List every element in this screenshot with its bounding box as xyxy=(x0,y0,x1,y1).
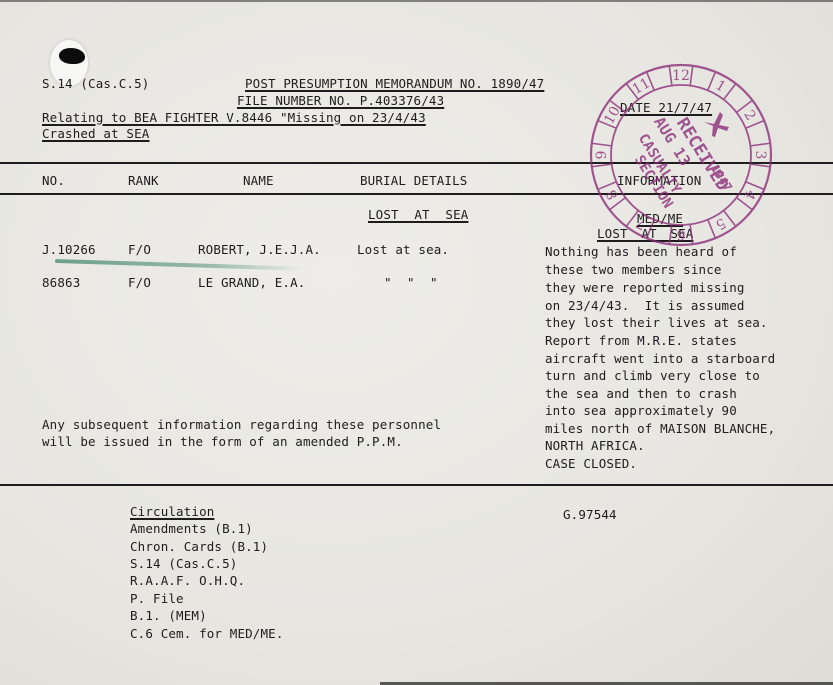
rule-header-bottom xyxy=(0,193,833,195)
cell-burial: Lost at sea. xyxy=(357,242,449,257)
header-burial: BURIAL DETAILS xyxy=(360,173,467,188)
info-heading-region: MED/ME xyxy=(637,211,683,226)
svg-text:11: 11 xyxy=(630,75,653,98)
header-no: NO. xyxy=(42,173,65,188)
svg-text:1: 1 xyxy=(713,77,729,95)
info-line: aircraft went into a starboard xyxy=(545,350,775,368)
svg-text:1947: 1947 xyxy=(708,162,735,194)
info-line: into sea approximately 90 xyxy=(545,402,737,420)
info-line: Nothing has been heard of xyxy=(545,243,737,261)
info-line: the sea and then to crash xyxy=(545,385,737,403)
info-line: CASE CLOSED. xyxy=(545,455,637,473)
page-top-edge xyxy=(0,0,833,2)
notice-line-2: will be issued in the form of an amended… xyxy=(42,434,403,449)
document-page: S.14 (Cas.C.5) POST PRESUMPTION MEMORAND… xyxy=(0,0,833,685)
circulation-item: S.14 (Cas.C.5) xyxy=(130,556,237,571)
cell-no: J.10266 xyxy=(42,242,96,257)
info-line: these two members since xyxy=(545,261,722,279)
circulation-item: B.1. (MEM) xyxy=(130,608,207,623)
circulation-item: Chron. Cards (B.1) xyxy=(130,539,268,554)
document-ref: S.14 (Cas.C.5) xyxy=(42,76,149,91)
info-line: they were reported missing xyxy=(545,279,745,297)
reference-code: G.97544 xyxy=(563,507,617,522)
highlighter-mark xyxy=(55,259,305,271)
circulation-item: R.A.A.F. O.H.Q. xyxy=(130,573,245,588)
info-line: NORTH AFRICA. xyxy=(545,437,645,455)
memo-title: POST PRESUMPTION MEMORANDUM NO. 1890/47 xyxy=(245,76,544,91)
info-line: Report from M.R.E. states xyxy=(545,332,737,350)
circulation-item: P. File xyxy=(130,591,184,606)
burial-heading: LOST AT SEA xyxy=(368,207,468,222)
cell-rank: F/O xyxy=(128,242,151,257)
info-line: on 23/4/43. It is assumed xyxy=(545,297,745,315)
svg-text:AUG 13: AUG 13 xyxy=(650,114,694,169)
header-information: INFORMATION xyxy=(617,173,701,188)
info-heading-status: LOST AT SEA xyxy=(597,226,693,241)
cell-no: 86863 xyxy=(42,275,80,290)
cell-name: LE GRAND, E.A. xyxy=(198,275,305,290)
svg-text:12: 12 xyxy=(672,68,690,84)
svg-text:9: 9 xyxy=(594,151,610,160)
svg-text:5: 5 xyxy=(713,214,729,232)
header-rank: RANK xyxy=(128,173,159,188)
cell-rank: F/O xyxy=(128,275,151,290)
rule-top xyxy=(0,162,833,164)
svg-text:3: 3 xyxy=(752,151,768,160)
svg-text:2: 2 xyxy=(740,108,758,124)
notice-line-1: Any subsequent information regarding the… xyxy=(42,417,441,432)
cell-name: ROBERT, J.E.J.A. xyxy=(198,242,321,257)
circulation-title: Circulation xyxy=(130,504,214,519)
rule-bottom xyxy=(0,484,833,486)
circulation-item: Amendments (B.1) xyxy=(130,521,253,536)
crashed-line: Crashed at SEA xyxy=(42,126,149,141)
info-line: they lost their lives at sea. xyxy=(545,314,768,332)
info-line: turn and climb very close to xyxy=(545,367,760,385)
cell-burial: " " " xyxy=(384,275,438,290)
file-number: FILE NUMBER NO. P.403376/43 xyxy=(237,93,444,108)
relating-line: Relating to BEA FIGHTER V.8446 "Missing … xyxy=(42,110,426,125)
header-name: NAME xyxy=(243,173,274,188)
circulation-item: C.6 Cem. for MED/ME. xyxy=(130,626,284,641)
info-line: miles north of MAISON BLANCHE, xyxy=(545,420,775,438)
memo-date: DATE 21/7/47 xyxy=(620,100,712,115)
